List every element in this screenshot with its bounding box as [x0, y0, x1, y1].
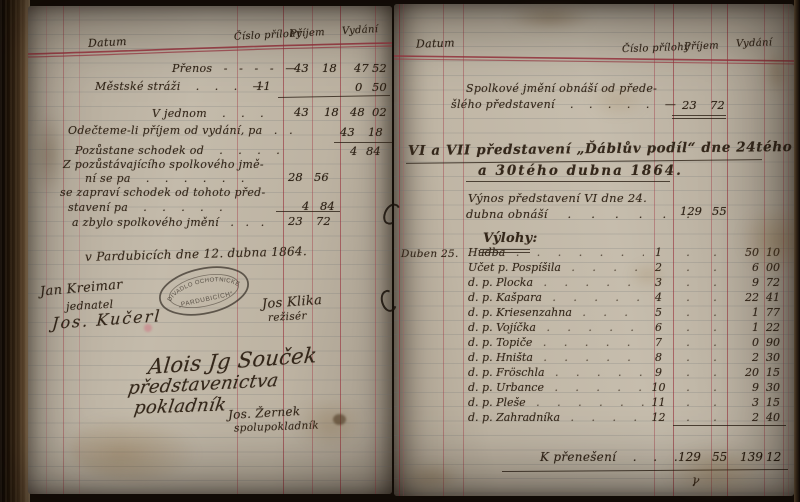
red-header-rule: [28, 38, 392, 62]
red-rule-path: [394, 56, 794, 61]
amount: 72: [710, 100, 725, 112]
amount-kr: 30: [764, 352, 784, 364]
amount: 18: [322, 63, 337, 75]
ledger-line-mestske-strazi: Městské stráži . . . —: [95, 81, 264, 93]
carry-forward-prijem-kr: 55: [712, 451, 727, 463]
dot-leader: .: [703, 292, 727, 304]
expense-desc-text: d. p. Pleše: [468, 397, 526, 409]
column-header-vydani: Vydání: [342, 25, 379, 37]
ledger-line-jmeni-2: ní se pa . . . . . .: [85, 173, 245, 185]
dot-leader: .: [673, 322, 703, 334]
dot-leader: .: [703, 247, 727, 259]
dot-leader: . . . . . . . . . . . . .: [545, 367, 644, 379]
ledger-line-schodek-1: se zapraví schodek od tohoto před-: [60, 187, 266, 199]
margin-line: [63, 6, 64, 494]
dot-leader: .: [703, 367, 727, 379]
sum-rule: [672, 115, 726, 116]
dot-leader: . . . . . . . . . . . . .: [526, 397, 644, 409]
amount-kr: 90: [764, 337, 784, 349]
ledger-line-v-jednom: V jednom . . .: [152, 108, 264, 120]
margin-line: [79, 6, 80, 494]
dot-leader: . . . . . . . . . . . . .: [542, 292, 644, 304]
carry-forward-prijem-zl: 129: [678, 451, 701, 463]
ledger-line-odecteme: Odečteme-li příjem od vydání, pa . .: [68, 125, 293, 137]
attachment-number: 8: [644, 352, 673, 364]
expense-desc-text: d. p. Vojíčka: [468, 322, 536, 334]
amount: 28: [288, 172, 303, 184]
ledger-line-zbylo: a zbylo spolkového jmění . . .: [72, 217, 265, 229]
attachment-number: 11: [256, 81, 271, 93]
signature-title: spolupokladník: [234, 421, 319, 435]
attachment-number: 2: [644, 262, 673, 274]
dot-leader: .: [703, 382, 727, 394]
expense-desc-text: d. p. Plocka: [468, 277, 533, 289]
table-row: d. p. Kašpara . . . . . . . . . . . . . …: [468, 292, 784, 307]
amount-zl: 9: [727, 277, 764, 289]
carry-forward-vydani-zl: 139: [740, 451, 763, 463]
dot-leader: .: [703, 277, 727, 289]
expenses-title: Výlohy:: [483, 232, 538, 246]
expense-table: Hudba . . . . . . . . . . . . . 1 . . 50…: [468, 247, 784, 427]
red-rule-path: [28, 43, 392, 54]
flourish-mark: γ: [691, 473, 701, 487]
date-column-line: [463, 4, 464, 496]
amount: 18: [368, 127, 383, 139]
dot-leader: . . . . . . . . . . . . .: [532, 337, 644, 349]
performance-heading-line1: VI a VII představení „Ďáblův podíl“ dne …: [408, 140, 792, 158]
red-header-rule: [394, 50, 794, 70]
expense-desc: Účet p. Pospíšila . . . . . . . . . . . …: [468, 262, 644, 274]
theatre-society-stamp: DIVADLO OCHOTNICKÉ V „PARDUBICÍCH“: [151, 253, 257, 330]
column-header-datum: Datum: [88, 36, 127, 50]
expense-desc: Hudba . . . . . . . . . . . . .: [468, 247, 644, 259]
dot-leader: . . . . . . . . . . . . .: [561, 262, 644, 274]
expense-desc-text: d. p. Fröschla: [468, 367, 545, 379]
amount-zl: 1: [727, 322, 764, 334]
dot-leader: .: [673, 337, 703, 349]
amount: 48: [350, 107, 365, 119]
amount: 55: [712, 206, 727, 218]
page-block-edge: [794, 0, 800, 502]
amount: 43: [294, 107, 309, 119]
margin-line: [399, 4, 400, 496]
dot-leader: .: [703, 262, 727, 274]
amount-zl: 0: [727, 337, 764, 349]
dot-leader: .: [703, 337, 727, 349]
ledger-line-prenos: Přenos - - - - —: [172, 63, 297, 75]
carry-forward-underline: [502, 469, 788, 472]
table-row: Hudba . . . . . . . . . . . . . 1 . . 50…: [468, 247, 784, 262]
amount-zl: 2: [727, 352, 764, 364]
amount: 56: [314, 172, 329, 184]
table-row: d. p. Urbance . . . . . . . . . . . . . …: [468, 382, 784, 397]
expense-desc-text: d. p. Topiče: [468, 337, 532, 349]
dot-leader: .: [673, 352, 703, 364]
signature-name: Jan Kreimar: [40, 278, 124, 299]
amount: 23: [682, 100, 697, 112]
revenue-line1: Výnos představení VI dne 24.: [468, 192, 647, 204]
amount-zl: 9: [727, 382, 764, 394]
stamp-outer-ring: [156, 260, 253, 322]
amount: 52: [372, 63, 387, 75]
column-header-prijem: Příjem: [290, 28, 326, 40]
attachment-number: 1: [644, 247, 673, 259]
heading-underline: [466, 181, 670, 182]
sum-rule: [334, 142, 392, 143]
amount: 84: [366, 146, 381, 158]
dot-leader: .: [703, 397, 727, 409]
expense-desc: d. p. Plocka . . . . . . . . . . . . .: [468, 277, 644, 289]
attachment-number: 10: [644, 382, 673, 394]
table-row: d. p. Pleše . . . . . . . . . . . . . 11…: [468, 397, 784, 412]
column-header-datum: Datum: [416, 37, 455, 50]
dot-leader: .: [673, 277, 703, 289]
dot-leader: .: [673, 262, 703, 274]
amount-kr: 22: [764, 322, 784, 334]
ledger-right-page: Datum Číslo přílohy Příjem Vydání Spolko…: [394, 4, 794, 496]
ledger-line-jmeni-1: Z pozůstávajícího spolkového jmě-: [63, 159, 264, 171]
expense-desc: d. p. Fröschla . . . . . . . . . . . . .: [468, 367, 644, 379]
expense-desc: d. p. Pleše . . . . . . . . . . . . .: [468, 397, 644, 409]
column-line: [340, 6, 341, 494]
signature-title: pokladník: [133, 396, 228, 418]
amount-zl: 3: [727, 397, 764, 409]
amount: 43: [294, 63, 309, 75]
margin-line: [46, 6, 47, 494]
dot-leader: . . . . . . . . . . . . .: [536, 322, 644, 334]
amount: 50: [372, 82, 387, 94]
dot-leader: .: [703, 352, 727, 364]
expense-desc: d. p. Zahradníka . . . . . . . . . . . .…: [468, 412, 644, 424]
dot-leader: .: [703, 412, 727, 424]
signature-name: Jos. Žernek: [228, 405, 301, 421]
expense-date: Duben 25.: [401, 249, 459, 260]
amount: 0: [355, 82, 362, 94]
dot-leader: .: [673, 382, 703, 394]
amount: 18: [324, 107, 339, 119]
dot-leader: . . . . . . . . . . . . .: [572, 307, 644, 319]
sum-rule: [278, 95, 390, 98]
expense-desc-text: Účet p. Pospíšila: [468, 262, 561, 274]
dot-leader: .: [673, 247, 703, 259]
table-row: d. p. Hništa . . . . . . . . . . . . . 8…: [468, 352, 784, 367]
amount-zl: 50: [727, 247, 764, 259]
column-header-vydani: Vydání: [736, 38, 773, 50]
amount: 72: [316, 216, 331, 228]
sum-rule: [673, 425, 786, 426]
ledger-line-pozustane: Pozůstane schodek od . . . .: [75, 145, 280, 157]
amount-zl: 6: [727, 262, 764, 274]
expense-desc-text: Hudba: [468, 247, 505, 259]
amount: 129: [680, 206, 702, 218]
expense-desc: d. p. Vojíčka . . . . . . . . . . . . .: [468, 322, 644, 334]
amount-kr: 15: [764, 397, 784, 409]
attachment-number: 3: [644, 277, 673, 289]
attachment-number: 6: [644, 322, 673, 334]
book-spine-edge: [0, 0, 30, 502]
dot-leader: .: [673, 292, 703, 304]
expense-desc-text: d. p. Urbance: [468, 382, 544, 394]
expense-desc: d. p. Hništa . . . . . . . . . . . . .: [468, 352, 644, 364]
amount: 43: [340, 127, 355, 139]
column-header-prijem: Příjem: [684, 41, 719, 53]
expense-desc-text: d. p. Kašpara: [468, 292, 542, 304]
amount-kr: 77: [764, 307, 784, 319]
dot-leader: . . . . . . . . . . . . .: [560, 412, 644, 424]
edge-line: [788, 4, 789, 496]
attachment-number: 4: [644, 292, 673, 304]
column-header-cislo-prilohy: Číslo přílohy: [622, 43, 690, 56]
ledger-line-schodek-2: stavení pa . . . . .: [68, 202, 223, 214]
opening-balance-line1: Spolkové jmění obnáší od přede-: [466, 83, 657, 95]
expense-desc: d. p. Kašpara . . . . . . . . . . . . .: [468, 292, 644, 304]
red-rule-path: [394, 59, 794, 64]
dot-leader: .: [673, 307, 703, 319]
opening-balance-line2: šlého představení . . . . . —: [451, 99, 676, 111]
attachment-number: 9: [644, 367, 673, 379]
dot-leader: .: [703, 307, 727, 319]
signature-name: Jos Klika: [262, 294, 323, 312]
amount-kr: 72: [764, 277, 784, 289]
revenue-line2: dubna obnáší . . . . . .: [466, 208, 690, 220]
carry-forward-vydani-kr: 12: [766, 451, 781, 463]
amount-zl: 22: [727, 292, 764, 304]
red-rule-path: [28, 46, 392, 57]
expense-desc: d. p. Topiče . . . . . . . . . . . . .: [468, 337, 644, 349]
ledger-photo: Datum Číslo přílohy Příjem Vydání Přenos…: [0, 0, 800, 502]
amount: 4: [350, 146, 357, 158]
ledger-left-page: Datum Číslo přílohy Příjem Vydání Přenos…: [28, 6, 392, 494]
dot-leader: .: [673, 397, 703, 409]
dot-leader: . . . . . . . . . . . . .: [544, 382, 644, 394]
expense-desc-text: d. p. Zahradníka: [468, 412, 560, 424]
dot-leader: .: [703, 322, 727, 334]
amount-kr: 00: [764, 262, 784, 274]
amount-kr: 10: [764, 247, 784, 259]
amount-kr: 15: [764, 367, 784, 379]
dot-leader: .: [673, 412, 703, 424]
sum-rule: [672, 118, 726, 119]
table-row: d. p. Plocka . . . . . . . . . . . . . 3…: [468, 277, 784, 292]
dot-leader: .: [673, 367, 703, 379]
dot-leader: . . . . . . . . . . . . .: [533, 277, 644, 289]
table-row: d. p. Fröschla . . . . . . . . . . . . .…: [468, 367, 784, 382]
dot-leader: . . . . . . . . . . . . .: [505, 247, 644, 259]
performance-heading-line2: a 30tého dubna 1864.: [478, 164, 683, 178]
table-row: d. p. Vojíčka . . . . . . . . . . . . . …: [468, 322, 784, 337]
amount-kr: 40: [764, 412, 784, 424]
amount-zl: 20: [727, 367, 764, 379]
amount-zl: 2: [727, 412, 764, 424]
table-row: d. p. Kriesenzahna . . . . . . . . . . .…: [468, 307, 784, 322]
table-row: Účet p. Pospíšila . . . . . . . . . . . …: [468, 262, 784, 277]
attachment-number: 5: [644, 307, 673, 319]
amount: 47: [354, 63, 369, 75]
expense-desc-text: d. p. Hništa: [468, 352, 533, 364]
place-date-line: v Pardubicích dne 12. dubna 1864.: [85, 245, 307, 263]
amount-kr: 41: [764, 292, 784, 304]
expense-desc: d. p. Urbance . . . . . . . . . . . . .: [468, 382, 644, 394]
carry-forward-label: K přenešení . . . .: [540, 451, 699, 464]
sum-rule: [276, 211, 340, 212]
expense-desc-text: d. p. Kriesenzahna: [468, 307, 572, 319]
signature-name: Jos. Kučerl: [52, 308, 162, 333]
attachment-number: 12: [644, 412, 673, 424]
amount: 02: [372, 107, 387, 119]
amount-zl: 1: [727, 307, 764, 319]
dot-leader: . . . . . . . . . . . . .: [533, 352, 644, 364]
attachment-number: 11: [644, 397, 673, 409]
amount: 23: [288, 216, 303, 228]
signature-title: režisér: [268, 311, 307, 324]
attachment-number: 7: [644, 337, 673, 349]
table-row: d. p. Topiče . . . . . . . . . . . . . 7…: [468, 337, 784, 352]
expense-desc: d. p. Kriesenzahna . . . . . . . . . . .…: [468, 307, 644, 319]
amount-kr: 30: [764, 382, 784, 394]
